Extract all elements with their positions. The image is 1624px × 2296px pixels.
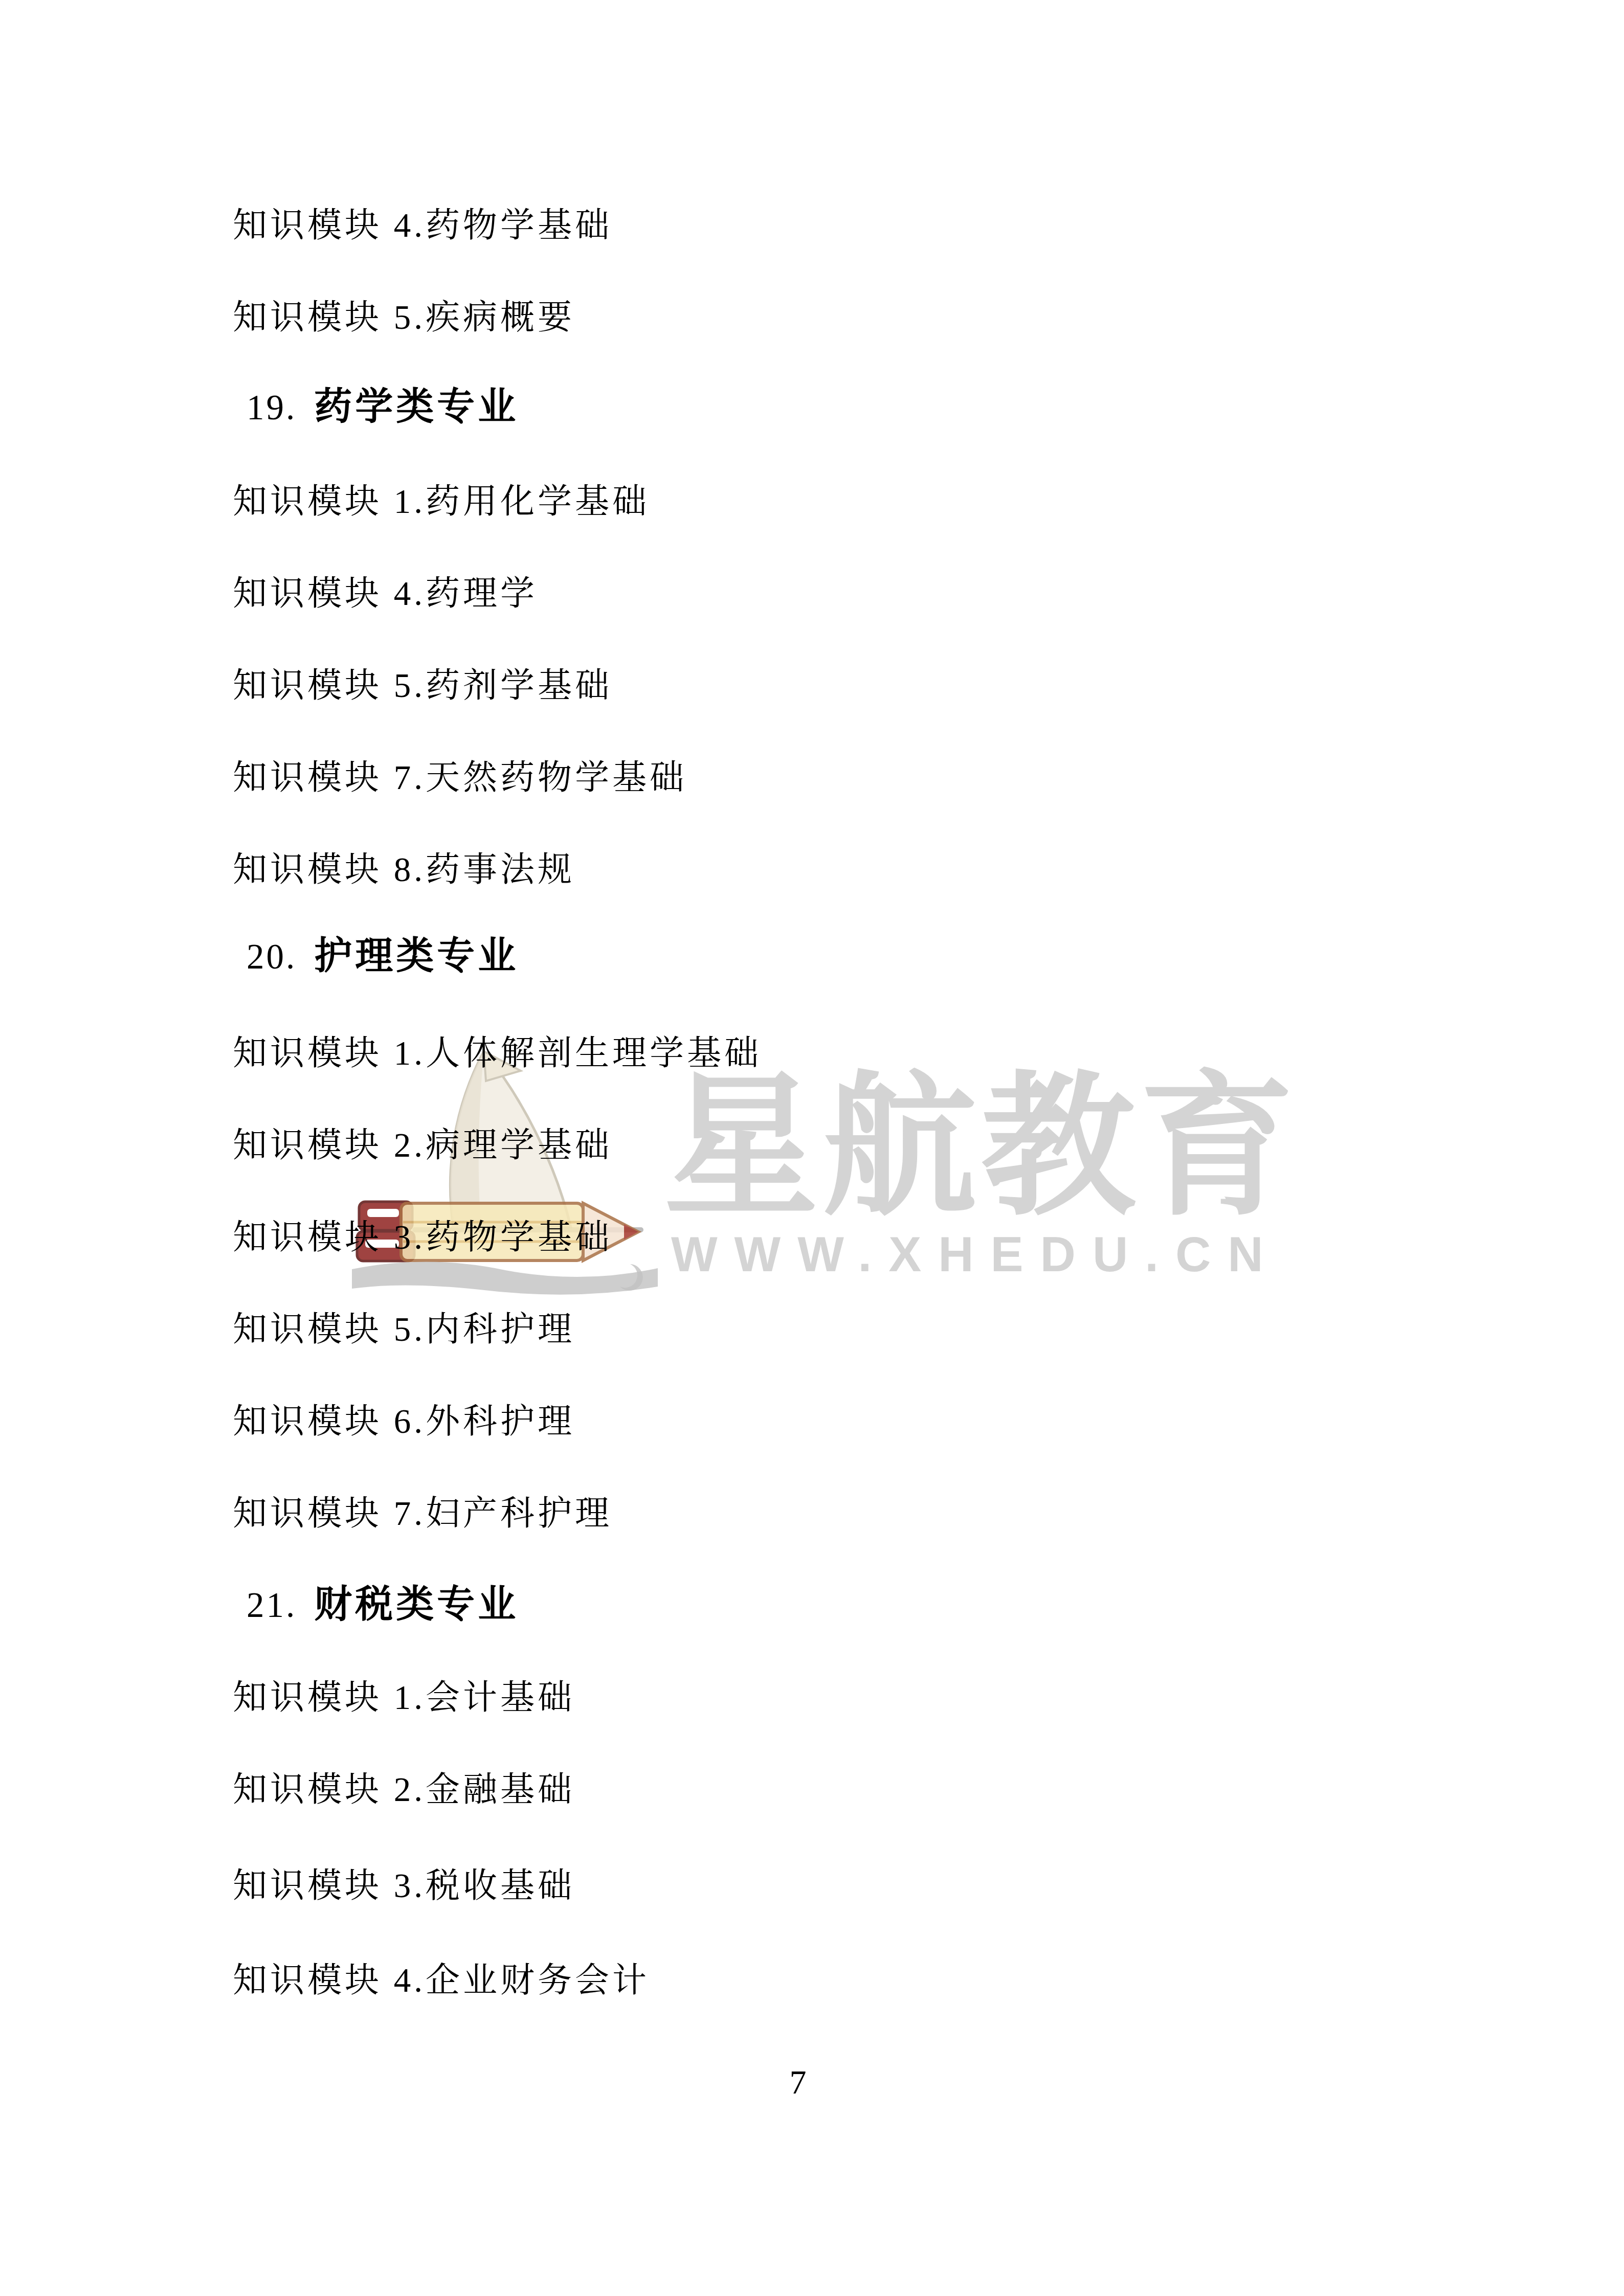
doc-line: 知识模块 5.内科护理 (233, 1313, 575, 1347)
doc-line: 知识模块 7.天然药物学基础 (233, 761, 687, 795)
doc-line: 知识模块 8.药事法规 (233, 853, 575, 887)
doc-line: 知识模块 2.金融基础 (233, 1773, 575, 1807)
doc-line: 知识模块 7.妇产科护理 (233, 1497, 612, 1531)
section-number: 19. (247, 389, 297, 427)
section-number: 20. (247, 938, 297, 977)
section-heading: 21.财税类专业 (247, 1584, 519, 1626)
doc-line: 知识模块 6.外科护理 (233, 1405, 575, 1439)
doc-line: 知识模块 5.药剂学基础 (233, 669, 612, 703)
section-heading: 20.护理类专业 (247, 936, 519, 977)
section-title: 护理类专业 (314, 935, 519, 977)
doc-line: 知识模块 3.税收基础 (233, 1869, 575, 1903)
section-number: 21. (247, 1586, 297, 1625)
doc-line: 知识模块 1.会计基础 (233, 1681, 575, 1715)
document-body: 知识模块 4.药物学基础 知识模块 5.疾病概要 19.药学类专业 知识模块 1… (0, 0, 1624, 2296)
page-number: 7 (0, 2066, 1596, 2100)
doc-line: 知识模块 4.药物学基础 (233, 209, 612, 243)
doc-line: 知识模块 3.药物学基础 (233, 1221, 612, 1255)
doc-line: 知识模块 2.病理学基础 (233, 1129, 612, 1163)
doc-line: 知识模块 5.疾病概要 (233, 301, 575, 335)
doc-line: 知识模块 1.人体解剖生理学基础 (233, 1037, 762, 1071)
section-title: 财税类专业 (314, 1584, 519, 1626)
doc-line: 知识模块 1.药用化学基础 (233, 485, 650, 519)
document-page: 星航教育 WWW.XHEDU.CN 知识模块 4.药物学基础 知识模块 5.疾病… (0, 0, 1624, 2296)
section-heading: 19.药学类专业 (247, 387, 519, 428)
doc-line: 知识模块 4.企业财务会计 (233, 1964, 650, 1998)
doc-line: 知识模块 4.药理学 (233, 577, 538, 611)
section-title: 药学类专业 (314, 386, 519, 428)
